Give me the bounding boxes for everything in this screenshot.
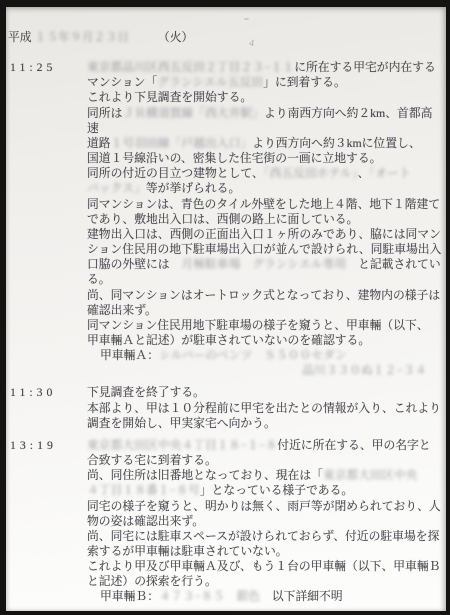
text-line: これより甲及び甲車輛Ａ及び、もう１台の甲車輛（以下、甲車輛Ｂ <box>87 559 444 574</box>
scan-speck <box>244 18 249 20</box>
document-paper: 平成 １５年９月２３日 （火） 11:25東京都品川区西五反田２丁目２３−１１に… <box>6 7 446 611</box>
text-segment <box>225 589 237 603</box>
text-line: 合致する宅に到着する。 <box>87 453 444 468</box>
entry-time: 13:19 <box>8 438 87 453</box>
text-line: 甲車輛Ｂ：４７３−８５ 銀色 以下詳細不明 <box>87 589 444 604</box>
text-segment: 等が挙げられる。 <box>146 181 240 195</box>
text-segment: 国道１号線沿いの、密集した住宅街の一画に立地する。 <box>87 151 381 165</box>
text-line: バックス」等が挙げられる。 <box>87 181 444 196</box>
text-line: 同マンション住民用地下駐車場の様子を窺うと、甲車輛（以下、 <box>87 318 444 333</box>
document-date-line: 平成 １５年９月２３日 （火） <box>8 30 444 45</box>
era-label: 平成 <box>8 30 32 44</box>
text-line: 品川３３０ぬ１２−３４ <box>87 363 444 378</box>
text-segment: 本部より、甲は１０分程前に甲宅を出たとの情報が入り、これより <box>87 401 441 415</box>
text-line: 確認出来ず。 <box>87 303 444 318</box>
entry-body: 下見調査を終了する。本部より、甲は１０分程前に甲宅を出たとの情報が入り、これより… <box>87 385 444 430</box>
text-line: 道路１号羽田線「戸越出入口」より西方向へ約３kmに位置し、 <box>87 136 444 151</box>
redacted-segment: 「西五反田ホテル」 <box>264 166 358 180</box>
text-line: 口脇の外壁には 月極駐車場 グランシエル専用 と記載されてい <box>87 257 444 272</box>
text-segment: 調査を開始し、甲実家宅へ向かう。 <box>87 416 276 430</box>
text-line: 甲車輛Ａと記述）が駐車されていないのを確認する。 <box>87 333 444 348</box>
text-line: 本部より、甲は１０分程前に甲宅を出たとの情報が入り、これより <box>87 401 444 416</box>
text-segment: 確認出来ず。 <box>87 303 157 317</box>
text-segment: であり、敷地出入口は、西側の路上に面している。 <box>87 212 358 226</box>
text-segment: 物の姿は確認出来ず。 <box>87 514 204 528</box>
text-line: ション住民用の地下駐車場出入口が並んで設けられ、同駐車場出入 <box>87 242 444 257</box>
redacted-segment: 東京都大田区中央４丁目１８−１−８ <box>87 438 277 452</box>
scanned-document-page: 平成 １５年９月２３日 （火） 11:25東京都品川区西五反田２丁目２３−１１に… <box>0 0 450 615</box>
text-line: 尚、同宅には駐車スペースが設けられておらず、付近の駐車場を探 <box>87 529 444 544</box>
text-line: であり、敷地出入口は、西側の路上に面している。 <box>87 212 444 227</box>
redacted-segment: 東京都大田区中央 <box>323 468 417 482</box>
entry-body: 東京都大田区中央４丁目１８−１−８付近に所在する、甲の名字と合致する宅に到着する… <box>87 438 444 605</box>
text-line: る。 <box>87 272 444 287</box>
text-line: 同所の付近の目立つ建物として、「西五反田ホテル」、「オート <box>87 166 444 181</box>
entry-time: 11:30 <box>8 385 87 400</box>
text-segment: より西方向へ約３kmに位置し、 <box>252 136 420 150</box>
weekday-label: （火） <box>158 30 193 44</box>
text-segment: 口脇の外壁には <box>87 257 181 271</box>
text-line: 尚、同マンションはオートロック式となっており、建物内の様子は <box>87 288 444 303</box>
text-segment: 建物出入口は、西側の正面出入口１ヶ所のみであり、脇には同マン <box>87 227 441 241</box>
log-entries: 11:25東京都品川区西五反田２丁目２３−１１に所在する甲宅が内在するマンション… <box>8 60 444 604</box>
text-segment: 甲車輛Ａ： <box>100 348 159 362</box>
text-segment: に所在する甲宅が内在する <box>294 60 436 74</box>
redacted-segment: 月極駐車場 グランシエル専用 <box>181 257 346 271</box>
text-segment: る。 <box>87 272 111 286</box>
text-segment: 下見調査を終了する。 <box>87 385 205 399</box>
text-line: 尚、同住所は旧番地となっており、現在は「東京都大田区中央 <box>87 468 444 483</box>
text-line: 調査を開始し、甲実家宅へ向かう。 <box>87 416 444 431</box>
redacted-segment: 東京都品川区西五反田２丁目２３−１１ <box>87 60 294 74</box>
redacted-segment: 「オート <box>369 166 410 180</box>
text-segment: これより下見調査を開始する。 <box>87 90 252 104</box>
text-line: 物の姿は確認出来ず。 <box>87 514 444 529</box>
redacted-segment: シルバーのベンツ Ｓ５００セダン <box>159 348 347 362</box>
text-segment: 道路 <box>87 136 111 150</box>
redacted-segment: 銀色 <box>236 589 260 603</box>
text-line: ４丁目１８番１−８号」となっている様子である。 <box>87 483 444 498</box>
text-line: これより下見調査を開始する。 <box>87 90 444 105</box>
text-segment: 」に到着する。 <box>263 75 346 89</box>
text-segment: 尚、同住所は旧番地となっており、現在は「 <box>87 468 323 482</box>
text-line: マンション「グランシエル五反田」に到着する。 <box>87 75 444 90</box>
text-line: 索するが甲車輛は駐車されていない。 <box>87 544 444 559</box>
entry-time: 11:25 <box>8 60 87 75</box>
text-line: 同宅の様子を窺うと、明かりは無く、雨戸等が閉められており、人 <box>87 499 444 514</box>
redacted-segment: １号羽田線「戸越出入口」 <box>111 136 253 150</box>
redacted-segment: ４丁目１８番１−８号 <box>87 483 200 497</box>
text-line: 建物出入口は、西側の正面出入口１ヶ所のみであり、脇には同マン <box>87 227 444 242</box>
text-segment: これより甲及び甲車輛Ａ及び、もう１台の甲車輛（以下、甲車輛Ｂ <box>87 559 440 573</box>
redacted-segment: グランシエル五反田 <box>157 75 263 89</box>
text-segment: 甲車輛Ａと記述）が駐車されていないのを確認する。 <box>87 333 370 347</box>
text-segment: 同所の付近の目立つ建物として、 <box>87 166 264 180</box>
text-segment: 同所は <box>87 106 122 120</box>
text-segment: 同マンションは、青色のタイル外壁をした地上４階、地下１階建て <box>87 197 440 211</box>
text-segment: 尚、同マンションはオートロック式となっており、建物内の様子は <box>87 288 440 302</box>
text-segment: 合致する宅に到着する。 <box>87 453 217 467</box>
text-line: 東京都品川区西五反田２丁目２３−１１に所在する甲宅が内在する <box>87 60 444 75</box>
text-segment: 同マンション住民用地下駐車場の様子を窺うと、甲車輛（以下、 <box>87 318 429 332</box>
log-entry: 11:25東京都品川区西五反田２丁目２３−１１に所在する甲宅が内在するマンション… <box>8 60 444 378</box>
text-line: と記述）の探索を行う。 <box>87 574 444 589</box>
document-content: 平成 １５年９月２３日 （火） 11:25東京都品川区西五反田２丁目２３−１１に… <box>8 30 444 605</box>
text-segment: 尚、同宅には駐車スペースが設けられておらず、付近の駐車場を探 <box>87 529 439 543</box>
text-segment: ション住民用の地下駐車場出入口が並んで設けられ、同駐車場出入 <box>87 242 441 256</box>
log-entry: 13:19東京都大田区中央４丁目１８−１−８付近に所在する、甲の名字と合致する宅… <box>8 438 444 605</box>
text-line: 甲車輛Ａ：シルバーのベンツ Ｓ５００セダン <box>87 348 444 363</box>
entry-body: 東京都品川区西五反田２丁目２３−１１に所在する甲宅が内在するマンション「グランシ… <box>87 60 444 378</box>
log-entry: 11:30下見調査を終了する。本部より、甲は１０分程前に甲宅を出たとの情報が入り… <box>8 385 444 430</box>
text-line: 国道１号線沿いの、密集した住宅街の一画に立地する。 <box>87 151 444 166</box>
date-redacted: １５年９月２３日 <box>35 30 129 44</box>
text-segment: 以下詳細不明 <box>260 589 343 603</box>
text-segment: 、 <box>358 166 370 180</box>
text-line: 下見調査を終了する。 <box>87 385 444 400</box>
text-line: 東京都大田区中央４丁目１８−１−８付近に所在する、甲の名字と <box>87 438 444 453</box>
text-line: 同所はＪＲ横須賀線「西大井駅」より南西方向へ約２km、首都高速 <box>87 106 444 136</box>
redacted-segment: ４７３−８５ <box>159 589 225 603</box>
text-segment: マンション「 <box>87 75 157 89</box>
redacted-segment: バックス」 <box>87 181 146 195</box>
text-segment: 」となっている様子である。 <box>200 483 353 497</box>
text-segment: と記載されてい <box>346 257 440 271</box>
redacted-segment: 品川３３０ぬ１２−３４ <box>302 363 427 377</box>
redacted-segment: ＪＲ横須賀線「西大井駅」 <box>122 106 264 120</box>
text-line: 同マンションは、青色のタイル外壁をした地上４階、地下１階建て <box>87 197 444 212</box>
text-segment: と記述）の探索を行う。 <box>87 574 217 588</box>
text-segment: 付近に所在する、甲の名字と <box>277 438 430 452</box>
text-segment: 同宅の様子を窺うと、明かりは無く、雨戸等が閉められており、人 <box>87 499 441 513</box>
text-segment: 索するが甲車輛は駐車されていない。 <box>87 544 288 558</box>
text-segment: 甲車輛Ｂ： <box>100 589 159 603</box>
